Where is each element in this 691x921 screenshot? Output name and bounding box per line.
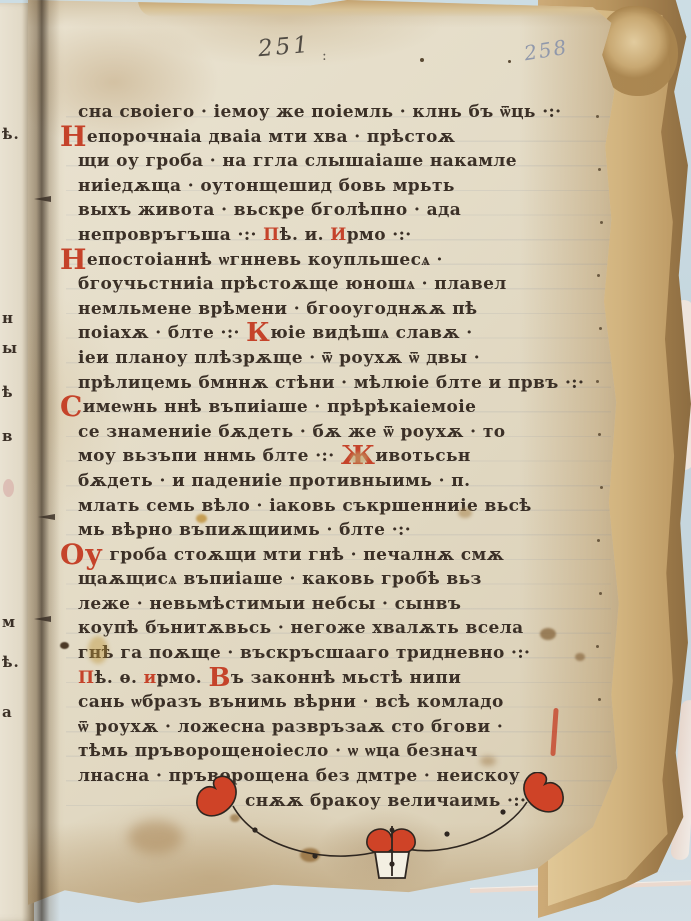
manuscript-text: поіахѫ · блте ·:·	[78, 323, 246, 343]
manuscript-line: Оу гроба стоѫщи мти гнѣ · печалнѫ смѫ	[78, 543, 603, 568]
rubric-text: П	[263, 225, 279, 245]
manuscript-text: се знамениіе бѫдеть · бѫ же ѿ роухѫ · то	[78, 422, 506, 442]
manuscript-text: прѣлицемь бмннѫ стѣни · мѣлюіе блте и пр…	[78, 373, 584, 393]
pricking-hole	[598, 698, 601, 701]
facing-page-text-fragment: а	[2, 703, 13, 721]
stain	[508, 60, 511, 63]
manuscript-text: щаѫщисѧ въпиіаше · каковь гробѣ вьз	[78, 569, 482, 589]
rubric-text: И	[330, 225, 346, 245]
manuscript-line: бгоучьстниіа прѣстоѫще юношѧ · плавел	[78, 272, 603, 297]
rubric-text: В	[208, 663, 230, 693]
rubric-text: К	[246, 318, 270, 348]
facing-page-text-fragment: ы	[2, 339, 18, 357]
manuscript-text: лнасна · пръворощена без дмтре · неискоу	[78, 766, 520, 786]
manuscript-text: ъ законнѣ мьстѣ нипи	[231, 668, 461, 688]
manuscript-line: леже · невьмѣстимыи небсы · сынвъ	[78, 592, 603, 617]
pricking-hole	[596, 115, 599, 118]
manuscript-text: гроба стоѫщи мти гнѣ · печалнѫ смѫ	[103, 545, 504, 565]
manuscript-line: Пѣ. ѳ. ирмо. Въ законнѣ мьстѣ нипи	[78, 666, 603, 691]
manuscript-line: лнасна · пръворощена без дмтре · неискоу	[78, 764, 603, 789]
manuscript-line: коупѣ бънитѫвьсь · негоже хвалѫть всела	[78, 616, 603, 641]
rubric-text: Н	[60, 250, 87, 270]
manuscript-line: бѫдеть · и падениіе противныимь · п.	[78, 469, 603, 494]
rubric-text: Н	[60, 127, 87, 147]
manuscript-line: сань ѡбразъ вънимь вѣрни · всѣ комладо	[78, 690, 603, 715]
manuscript-line: млать семь вѣло · іаковь съкршенниіе вьс…	[78, 494, 603, 519]
manuscript-page: 251 : 258 сна своіего · іемоу же поіемль…	[28, 0, 642, 914]
folio-number-ink: 258	[522, 35, 569, 66]
manuscript-text: ивотьсьн	[375, 446, 470, 466]
manuscript-text: бгоучьстниіа прѣстоѫще юношѧ · плавел	[78, 274, 507, 294]
manuscript-text: коупѣ бънитѫвьсь · негоже хвалѫть всела	[78, 618, 524, 638]
pricking-hole	[596, 380, 599, 383]
pricking-hole	[597, 539, 600, 542]
annotation-mark: :	[322, 48, 327, 64]
facing-page-text-fragment: м	[2, 613, 16, 631]
pricking-hole	[600, 486, 603, 489]
stain	[128, 820, 183, 854]
manuscript-text: снѫѫ бракоу величаимь ·:·	[245, 791, 526, 811]
manuscript-text: выхъ живота · вьскре бголѣпно · ада	[78, 200, 461, 220]
manuscript-text: ѣ. ѳ.	[94, 668, 143, 688]
manuscript-line: моу вьзъпи ннмь блте ·:· Животьсьн	[78, 444, 603, 469]
manuscript-text: тѣмь пръворощеноіесло · ѡ ѡца безнач	[78, 741, 478, 761]
rubric-text: и	[144, 668, 157, 688]
pigment-trace	[3, 479, 14, 497]
stain	[60, 642, 69, 649]
manuscript-text: ниіедѫща · оутонщешид бовь мрьть	[78, 176, 455, 196]
manuscript-line: Непостоіаннѣ ѡгнневь коупльшесѧ ·	[78, 248, 603, 273]
manuscript-text: ѿ роухѫ · ложесна развръзаѫ сто бгови ·	[78, 717, 503, 737]
manuscript-text: сна своіего · іемоу же поіемль · клнь бъ…	[78, 102, 562, 122]
manuscript-line: іеи планоу плѣзрѫще · ѿ роухѫ ѿ двы ·	[78, 346, 603, 371]
manuscript-line: снѫѫ бракоу величаимь ·:·	[245, 789, 603, 814]
manuscript-line: щи оу гроба · на ггла слышаіаше накамле	[78, 149, 603, 174]
manuscript-text: гнѣ га поѫще · въскръсшааго тридневно ·:…	[78, 643, 530, 663]
manuscript-line: щаѫщисѧ въпиіаше · каковь гробѣ вьз	[78, 567, 603, 592]
manuscript-text: рмо.	[157, 668, 209, 688]
text-block: сна своіего · іемоу же поіемль · клнь бъ…	[78, 100, 603, 813]
pricking-hole	[599, 592, 602, 595]
facing-page-text-fragment: ѣ	[2, 383, 14, 401]
manuscript-line: тѣмь пръворощеноіесло · ѡ ѡца безнач	[78, 739, 603, 764]
rubric-text: Ж	[341, 441, 376, 471]
photo-scene: ѣ.ныѣвмѣ.а 251 : 258 сна своіего · іемоу…	[0, 0, 691, 921]
manuscript-line: гнѣ га поѫще · въскръсшааго тридневно ·:…	[78, 641, 603, 666]
manuscript-line: поіахѫ · блте ·:· Кюіе видѣшѧ славѫ ·	[78, 321, 603, 346]
manuscript-text: сань ѡбразъ вънимь вѣрни · всѣ комладо	[78, 692, 504, 712]
pricking-hole	[596, 645, 599, 648]
manuscript-line: прѣлицемь бмннѫ стѣни · мѣлюіе блте и пр…	[78, 371, 603, 396]
facing-page-text-fragment: ѣ.	[2, 125, 20, 143]
manuscript-text: іеи планоу плѣзрѫще · ѿ роухѫ ѿ двы ·	[78, 348, 480, 368]
facing-page-text-fragment: ѣ.	[2, 653, 20, 671]
manuscript-line: ниіедѫща · оутонщешид бовь мрьть	[78, 174, 603, 199]
manuscript-line: Непорочнаіа дваіа мти хва · прѣстоѫ	[78, 125, 603, 150]
manuscript-text: непровръгъша ·:·	[78, 225, 263, 245]
manuscript-text: бѫдеть · и падениіе противныимь · п.	[78, 471, 470, 491]
manuscript-line: ѿ роухѫ · ложесна развръзаѫ сто бгови ·	[78, 715, 603, 740]
manuscript-line: непровръгъша ·:· Пѣ. и. Ирмо ·:·	[78, 223, 603, 248]
pricking-hole	[600, 221, 603, 224]
manuscript-line: сна своіего · іемоу же поіемль · клнь бъ…	[78, 100, 603, 125]
manuscript-text: щи оу гроба · на ггла слышаіаше накамле	[78, 151, 517, 171]
manuscript-line: Симеѡнь ннѣ въпиіаше · прѣрѣкаіемоіе	[78, 395, 603, 420]
manuscript-text: имеѡнь ннѣ въпиіаше · прѣрѣкаіемоіе	[83, 397, 477, 417]
pricking-hole	[598, 433, 601, 436]
facing-page-text-fragment: в	[2, 427, 13, 445]
folio-number-pencil: 251	[257, 32, 312, 63]
manuscript-line: немльмене врѣмени · бгооугоднѫѫ пѣ	[78, 297, 603, 322]
manuscript-text: немльмене врѣмени · бгооугоднѫѫ пѣ	[78, 299, 477, 319]
pricking-hole	[599, 327, 602, 330]
manuscript-text: мь вѣрно въпиѫщиимь · блте ·:·	[78, 520, 411, 540]
rubric-text: С	[60, 397, 83, 417]
manuscript-line: выхъ живота · вьскре бголѣпно · ада	[78, 198, 603, 223]
manuscript-text: ѣ. и.	[280, 225, 331, 245]
manuscript-text: епорочнаіа дваіа мти хва · прѣстоѫ	[87, 127, 455, 147]
manuscript-text: млать семь вѣло · іаковь съкршенниіе вьс…	[78, 496, 532, 516]
manuscript-text: юіе видѣшѧ славѫ ·	[270, 323, 472, 343]
rubric-text: П	[78, 668, 94, 688]
pricking-hole	[597, 274, 600, 277]
manuscript-line: мь вѣрно въпиѫщиимь · блте ·:·	[78, 518, 603, 543]
manuscript-text: епостоіаннѣ ѡгнневь коупльшесѧ ·	[87, 250, 443, 270]
facing-page-text-fragment: н	[2, 309, 14, 327]
stain	[420, 58, 424, 62]
pricking-hole	[598, 168, 601, 171]
stain	[300, 848, 320, 862]
rubric-text: Оу	[60, 545, 103, 565]
manuscript-text: рмо ·:·	[347, 225, 412, 245]
manuscript-text: леже · невьмѣстимыи небсы · сынвъ	[78, 594, 461, 614]
manuscript-text: моу вьзъпи ннмь блте ·:·	[78, 446, 341, 466]
stain	[230, 814, 240, 822]
